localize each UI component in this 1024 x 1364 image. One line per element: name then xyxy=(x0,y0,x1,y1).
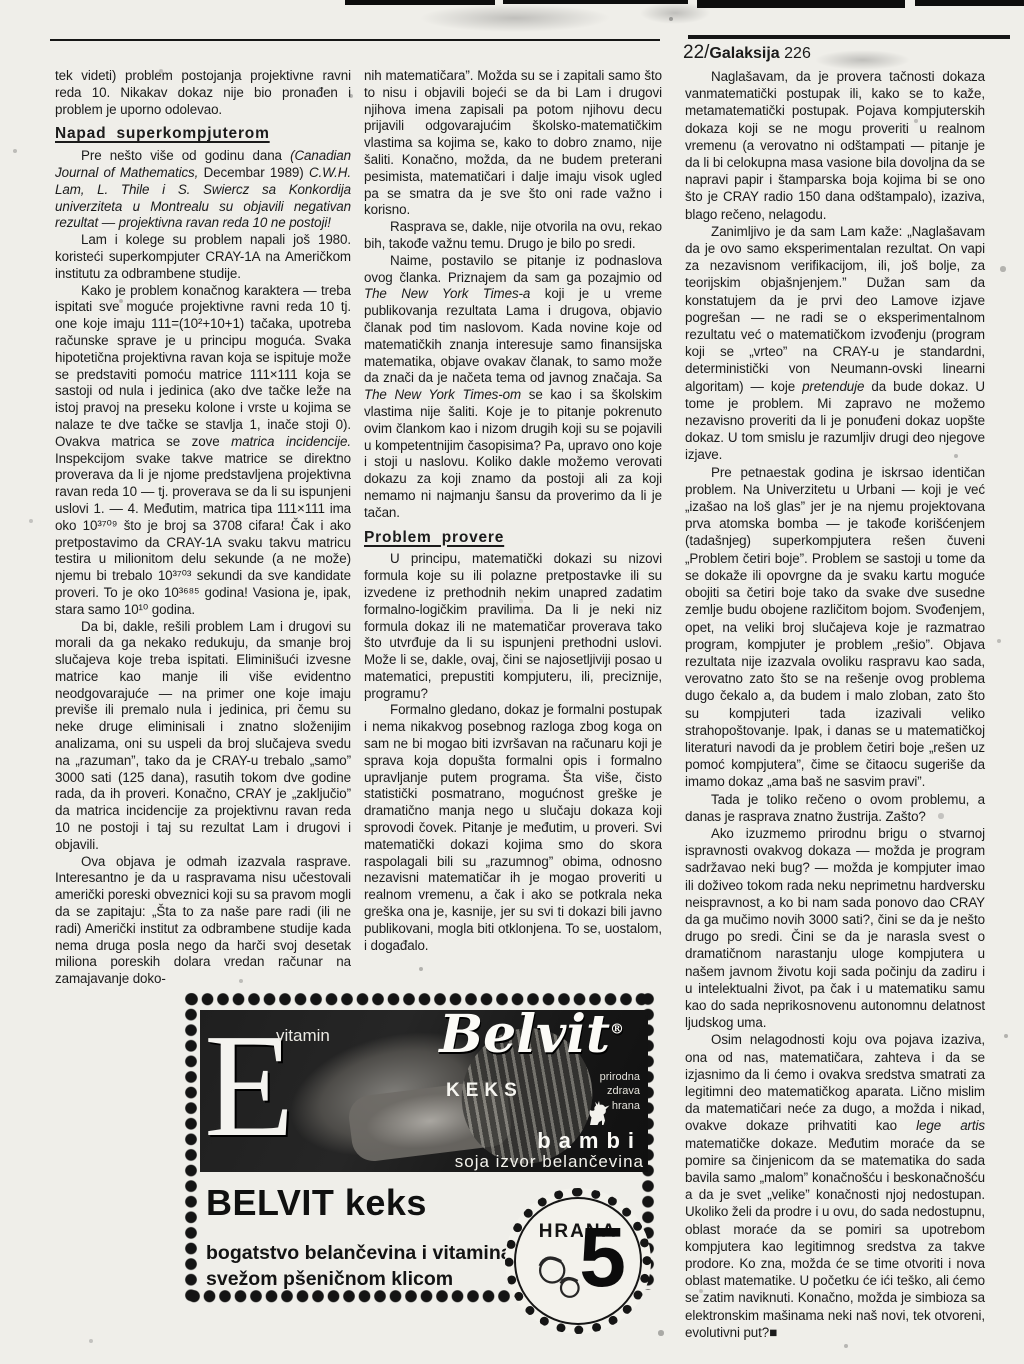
column-1: tek videti) problem postojanja projektiv… xyxy=(55,68,351,990)
scan-artifact xyxy=(345,0,495,5)
ad-tagline: bogatstvo belančevina i vitamina sa svež… xyxy=(206,1240,539,1293)
magazine-page: 22/Galaksija 226 tek videti) problem pos… xyxy=(0,0,1024,1364)
paragraph: Da bi, dakle, rešili problem Lam i drugo… xyxy=(55,619,351,854)
soja-label: soja izvor belančevina xyxy=(455,1152,644,1172)
paragraph: Naglašavam, da je provera tačnosti dokaz… xyxy=(685,68,985,223)
paragraph: Rasprava se, dakle, nije otvorila na ovu… xyxy=(364,219,662,253)
paragraph: Zanimljivo je da sam Lam kaže: „Naglašav… xyxy=(685,223,985,464)
belvit-advertisement: E vitamin Belvit® KEKS prirodna zdrava h… xyxy=(178,988,665,1320)
belvit-logo: Belvit® xyxy=(439,1010,624,1065)
page-number: 22/ xyxy=(683,42,709,63)
tagline-line: bogatstvo belančevina i vitamina sa xyxy=(206,1240,539,1266)
text-segment: Naime, postavilo se pitanje iz podnaslov… xyxy=(364,253,662,285)
text-segment: Decembar 1989) xyxy=(198,165,309,180)
ad-photo: E vitamin Belvit® KEKS prirodna zdrava h… xyxy=(200,1010,648,1172)
hrana5-badge: HRANA 5 xyxy=(505,1188,651,1334)
scan-artifact xyxy=(915,0,1024,6)
keks-label: KEKS xyxy=(446,1080,523,1102)
text-segment: se kao i sa školskim vlastima nije šalit… xyxy=(364,387,662,520)
paragraph: Lam i kolege su problem napali još 1980.… xyxy=(55,232,351,282)
scan-smudge xyxy=(640,2,710,24)
column-3: Naglašavam, da je provera tačnosti dokaz… xyxy=(685,68,985,1341)
text-segment-italic: matrica incidencije. xyxy=(231,434,351,449)
paragraph: Ako izuzmemo prirodnu brigu o stvarnoj i… xyxy=(685,825,985,1031)
section-heading-problem: Problem provere xyxy=(364,530,662,547)
text-segment: Kako je problem konačnog karaktera — tre… xyxy=(55,283,351,449)
vitamin-label: vitamin xyxy=(276,1026,330,1046)
slogan-line: zdrava xyxy=(600,1084,640,1098)
header-rule-right xyxy=(688,35,1010,39)
ad-dotted-border-left xyxy=(184,992,199,1304)
text-segment-italic: The New York Times-a xyxy=(364,286,530,301)
scan-speckles xyxy=(0,0,2,2)
paragraph: Ova objava je odmah izazvala rasprave. I… xyxy=(55,854,351,988)
ad-dotted-border-top xyxy=(185,992,650,1007)
registered-trademark-icon: ® xyxy=(610,1022,624,1038)
slogan-line: prirodna xyxy=(600,1070,640,1084)
scan-artifact xyxy=(697,0,905,8)
section-heading-napad: Napad superkompjuterom xyxy=(55,126,351,143)
text-segment: Inspekcijom svake takve matrice se direk… xyxy=(55,451,351,617)
text-segment-italic: The New York Times-om xyxy=(364,387,521,402)
paragraph: Osim nelagodnosti koju ova pojava izaziv… xyxy=(685,1031,985,1341)
header-rule-left xyxy=(50,39,660,41)
paragraph: Kako je problem konačnog karaktera — tre… xyxy=(55,283,351,619)
text-segment: matematičke dokaze. Međutim moraće da se… xyxy=(685,1136,985,1340)
paragraph: Tada je toliko rečeno o ovom problemu, a… xyxy=(685,791,985,825)
paragraph: U principu, matematički dokazi su nizovi… xyxy=(364,551,662,702)
issue-number: 226 xyxy=(784,45,811,62)
mother-child-icon xyxy=(528,1244,594,1315)
magazine-name: Galaksija xyxy=(709,45,779,62)
paragraph: nih matematičara”. Možda su se i zapital… xyxy=(364,68,662,219)
page-header: 22/Galaksija 226 xyxy=(683,42,811,64)
text-segment-italic: lege artis xyxy=(916,1118,985,1133)
scan-smudge xyxy=(815,50,910,70)
column-2: nih matematičara”. Možda su se i zapital… xyxy=(364,68,662,990)
paragraph: Formalno gledano, dokaz je formalni post… xyxy=(364,702,662,954)
text-segment: Zanimljivo je da sam Lam kaže: „Naglašav… xyxy=(685,224,985,394)
paragraph: Naime, postavilo se pitanje iz podnaslov… xyxy=(364,253,662,522)
paragraph: Pre petnaestak godina je iskrsao identič… xyxy=(685,464,985,791)
paragraph: tek videti) problem postojanja projektiv… xyxy=(55,68,351,118)
scan-smudge xyxy=(420,4,610,32)
paragraph: Pre nešto više od godinu dana (Canadian … xyxy=(55,148,351,232)
text-segment-italic: pretenduje xyxy=(802,379,864,394)
ad-title: BELVIT keks xyxy=(206,1182,427,1224)
bambi-logo: bambi xyxy=(537,1128,642,1154)
tagline-line: svežom pšeničnom klicom xyxy=(206,1266,539,1292)
belvit-wordmark: Belvit xyxy=(439,1010,610,1065)
text-segment: Pre nešto više od godinu dana xyxy=(81,148,290,163)
